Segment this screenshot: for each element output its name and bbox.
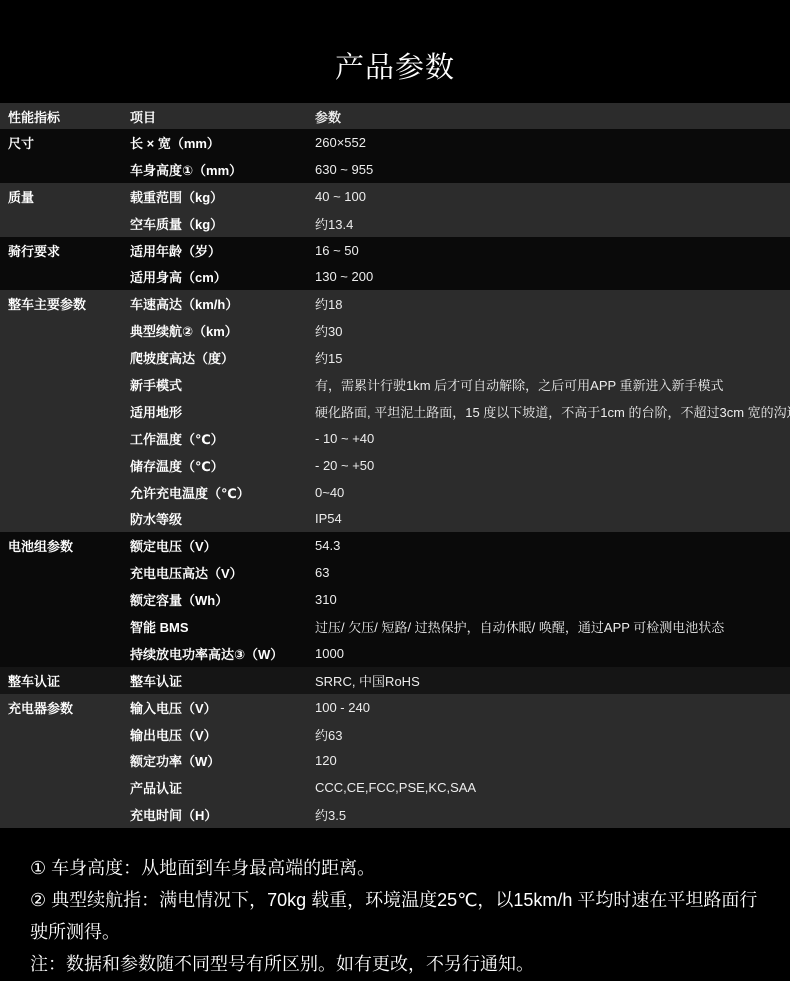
param-value: 260×552 xyxy=(315,135,782,150)
table-body: 尺寸长 × 宽（mm）260×552车身高度①（mm）630 ~ 955质量载重… xyxy=(0,129,790,828)
param-value: - 20 ~ +50 xyxy=(315,458,782,473)
table-row: 产品认证CCC,CE,FCC,PSE,KC,SAA xyxy=(0,774,790,801)
table-row: 输出电压（V）约63 xyxy=(0,721,790,748)
table-row: 持续放电功率高达③（W）1000 xyxy=(0,640,790,667)
item-label: 储存温度（℃） xyxy=(130,456,315,475)
table-row: 典型续航②（km）约30 xyxy=(0,317,790,344)
table-row: 充电时间（H）约3.5 xyxy=(0,801,790,828)
header-parameter: 参数 xyxy=(315,107,782,126)
footnote: ② 典型续航指：满电情况下，70kg 载重，环境温度25℃，以15km/h 平均… xyxy=(30,884,772,948)
param-value: 120 xyxy=(315,753,782,768)
table-row: 储存温度（℃）- 20 ~ +50 xyxy=(0,452,790,479)
header-performance-index: 性能指标 xyxy=(8,107,130,126)
section-label: 电池组参数 xyxy=(8,536,130,555)
table-row: 适用地形硬化路面, 平坦泥土路面，15 度以下坡道，不高于1cm 的台阶，不超过… xyxy=(0,398,790,425)
item-label: 充电电压高达（V） xyxy=(130,563,315,582)
param-value: 630 ~ 955 xyxy=(315,162,782,177)
item-label: 持续放电功率高达③（W） xyxy=(130,644,315,663)
table-row: 额定功率（W）120 xyxy=(0,747,790,774)
section-5: 电池组参数额定电压（V）54.3充电电压高达（V）63额定容量（Wh）310智能… xyxy=(0,532,790,666)
table-row: 充电器参数输入电压（V）100 - 240 xyxy=(0,694,790,721)
param-value: 16 ~ 50 xyxy=(315,243,782,258)
table-header-row: 性能指标 项目 参数 xyxy=(0,103,790,129)
table-row: 尺寸长 × 宽（mm）260×552 xyxy=(0,129,790,156)
item-label: 工作温度（℃） xyxy=(130,429,315,448)
item-label: 新手模式 xyxy=(130,375,315,394)
param-value: 约63 xyxy=(315,725,782,744)
param-value: IP54 xyxy=(315,511,782,526)
param-value: 130 ~ 200 xyxy=(315,269,782,284)
item-label: 适用地形 xyxy=(130,402,315,421)
item-label: 防水等级 xyxy=(130,509,315,528)
section-2: 质量载重范围（kg）40 ~ 100空车质量（kg）约13.4 xyxy=(0,183,790,237)
item-label: 额定容量（Wh） xyxy=(130,590,315,609)
table-row: 整车主要参数车速高达（km/h）约18 xyxy=(0,290,790,317)
item-label: 适用身高（cm） xyxy=(130,267,315,286)
table-row: 电池组参数额定电压（V）54.3 xyxy=(0,532,790,559)
param-value: SRRC, 中国RoHS xyxy=(315,671,782,690)
param-value: CCC,CE,FCC,PSE,KC,SAA xyxy=(315,780,782,795)
table-row: 工作温度（℃）- 10 ~ +40 xyxy=(0,425,790,452)
item-label: 额定电压（V） xyxy=(130,536,315,555)
param-value: 63 xyxy=(315,565,782,580)
section-label: 质量 xyxy=(8,187,130,206)
footnotes: ① 车身高度：从地面到车身最高端的距离。② 典型续航指：满电情况下，70kg 载… xyxy=(0,828,790,980)
param-value: 过压/ 欠压/ 短路/ 过热保护，自动休眠/ 唤醒，通过APP 可检测电池状态 xyxy=(315,617,782,636)
table-row: 允许充电温度（℃）0~40 xyxy=(0,479,790,506)
table-row: 充电电压高达（V）63 xyxy=(0,559,790,586)
title-block: 产品参数 xyxy=(0,0,790,103)
section-label: 充电器参数 xyxy=(8,698,130,717)
item-label: 产品认证 xyxy=(130,778,315,797)
item-label: 充电时间（H） xyxy=(130,805,315,824)
param-value: 约15 xyxy=(315,348,782,367)
param-value: 0~40 xyxy=(315,485,782,500)
param-value: 约30 xyxy=(315,321,782,340)
section-label: 整车主要参数 xyxy=(8,294,130,313)
item-label: 车速高达（km/h） xyxy=(130,294,315,313)
param-value: 1000 xyxy=(315,646,782,661)
table-row: 爬坡度高达（度）约15 xyxy=(0,344,790,371)
item-label: 智能 BMS xyxy=(130,617,315,636)
section-6: 整车认证整车认证SRRC, 中国RoHS xyxy=(0,667,790,694)
section-7: 充电器参数输入电压（V）100 - 240输出电压（V）约63额定功率（W）12… xyxy=(0,694,790,828)
param-value: - 10 ~ +40 xyxy=(315,431,782,446)
footnote: ① 车身高度：从地面到车身最高端的距离。 xyxy=(30,852,772,884)
section-label: 骑行要求 xyxy=(8,241,130,260)
item-label: 爬坡度高达（度） xyxy=(130,348,315,367)
item-label: 允许充电温度（℃） xyxy=(130,483,315,502)
item-label: 额定功率（W） xyxy=(130,751,315,770)
item-label: 载重范围（kg） xyxy=(130,187,315,206)
param-value: 约3.5 xyxy=(315,805,782,824)
table-row: 防水等级IP54 xyxy=(0,505,790,532)
item-label: 典型续航②（km） xyxy=(130,321,315,340)
param-value: 硬化路面, 平坦泥土路面，15 度以下坡道，不高于1cm 的台阶，不超过3cm … xyxy=(315,402,790,421)
item-label: 输入电压（V） xyxy=(130,698,315,717)
table-row: 智能 BMS过压/ 欠压/ 短路/ 过热保护，自动休眠/ 唤醒，通过APP 可检… xyxy=(0,613,790,640)
param-value: 100 - 240 xyxy=(315,700,782,715)
table-row: 适用身高（cm）130 ~ 200 xyxy=(0,263,790,290)
param-value: 310 xyxy=(315,592,782,607)
spec-table: 性能指标 项目 参数 尺寸长 × 宽（mm）260×552车身高度①（mm）63… xyxy=(0,103,790,828)
table-row: 空车质量（kg）约13.4 xyxy=(0,210,790,237)
param-value: 约18 xyxy=(315,294,782,313)
section-4: 整车主要参数车速高达（km/h）约18典型续航②（km）约30爬坡度高达（度）约… xyxy=(0,290,790,532)
item-label: 空车质量（kg） xyxy=(130,214,315,233)
param-value: 有，需累计行驶1km 后才可自动解除，之后可用APP 重新进入新手模式 xyxy=(315,375,782,394)
item-label: 长 × 宽（mm） xyxy=(130,133,315,152)
table-row: 骑行要求适用年龄（岁）16 ~ 50 xyxy=(0,237,790,264)
table-row: 车身高度①（mm）630 ~ 955 xyxy=(0,156,790,183)
product-spec-page: 产品参数 性能指标 项目 参数 尺寸长 × 宽（mm）260×552车身高度①（… xyxy=(0,0,790,981)
param-value: 54.3 xyxy=(315,538,782,553)
param-value: 40 ~ 100 xyxy=(315,189,782,204)
section-3: 骑行要求适用年龄（岁）16 ~ 50适用身高（cm）130 ~ 200 xyxy=(0,237,790,291)
section-label: 整车认证 xyxy=(8,671,130,690)
footnote: 注：数据和参数随不同型号有所区别。如有更改，不另行通知。 xyxy=(30,948,772,980)
table-row: 质量载重范围（kg）40 ~ 100 xyxy=(0,183,790,210)
table-row: 新手模式有，需累计行驶1km 后才可自动解除，之后可用APP 重新进入新手模式 xyxy=(0,371,790,398)
page-title: 产品参数 xyxy=(0,54,790,83)
item-label: 输出电压（V） xyxy=(130,725,315,744)
item-label: 整车认证 xyxy=(130,671,315,690)
section-1: 尺寸长 × 宽（mm）260×552车身高度①（mm）630 ~ 955 xyxy=(0,129,790,183)
section-label: 尺寸 xyxy=(8,133,130,152)
item-label: 车身高度①（mm） xyxy=(130,160,315,179)
header-item: 项目 xyxy=(130,107,315,126)
item-label: 适用年龄（岁） xyxy=(130,241,315,260)
table-row: 额定容量（Wh）310 xyxy=(0,586,790,613)
table-row: 整车认证整车认证SRRC, 中国RoHS xyxy=(0,667,790,694)
param-value: 约13.4 xyxy=(315,214,782,233)
